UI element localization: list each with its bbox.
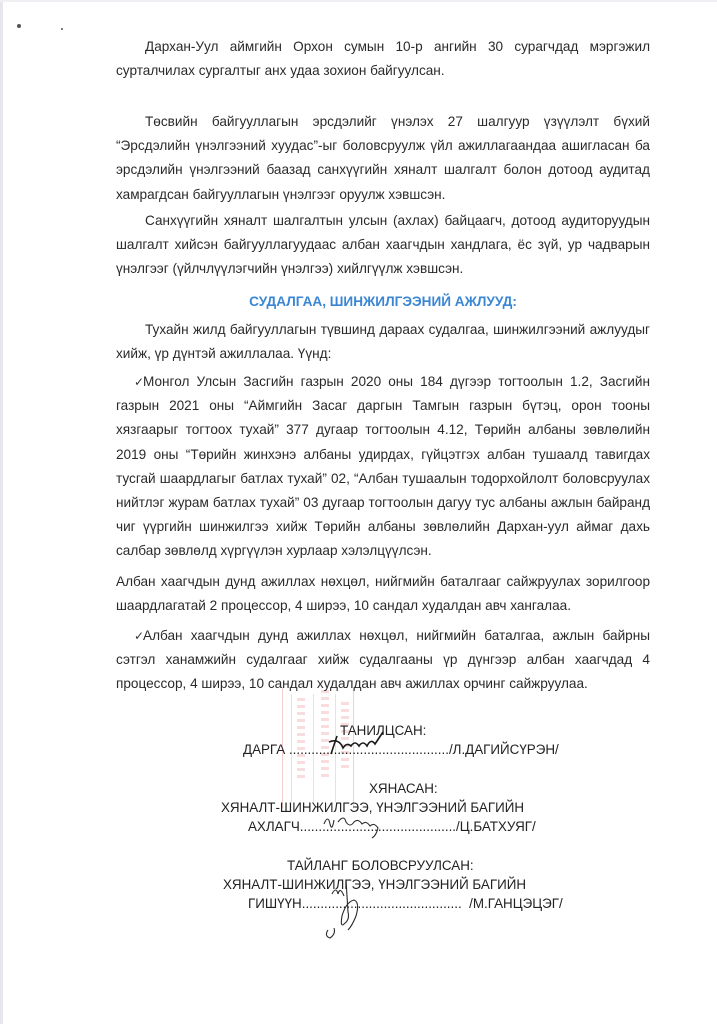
checkmark-icon: ✓ xyxy=(125,624,143,648)
prepared-unit: ХЯНАЛТ-ШИНЖИЛГЭЭ, ҮНЭЛГЭЭНИЙ БАГИЙН xyxy=(223,876,526,894)
reviewed-label: ХЯНАСАН: xyxy=(369,780,438,798)
prepared-line: ГИШҮҮН..................................… xyxy=(248,895,563,913)
signer-role: ДАРГА xyxy=(243,742,285,757)
paragraph: Тухайн жилд байгууллагын түвшинд дараах … xyxy=(116,318,650,366)
scan-edge-top xyxy=(0,0,717,2)
signer-name: /Ц.БАТХУЯГ/ xyxy=(456,819,536,834)
check-item-text: Монгол Улсын Засгийн газрын 2020 оны 184… xyxy=(116,374,650,558)
signature-dots: ........................................… xyxy=(300,819,456,834)
signer-name: /Л.ДАГИЙСҮРЭН/ xyxy=(449,742,559,757)
paragraph: Дархан-Уул аймгийн Орхон сумын 10-р анги… xyxy=(116,35,650,83)
scan-speck xyxy=(17,24,21,28)
paragraph: Санхүүгийн хяналт шалгалтын улсын (ахлах… xyxy=(116,209,650,282)
paragraph: Албан хаагчдын дунд ажиллах нөхцөл, нийг… xyxy=(116,570,650,618)
signature-dots: ........................................… xyxy=(302,896,462,911)
paragraph: Төсвийн байгууллагын эрсдэлийг үнэлэх 27… xyxy=(116,110,650,207)
check-item-text: Албан хаагчдын дунд ажиллах нөхцөл, нийг… xyxy=(116,628,650,691)
checkmark-icon: ✓ xyxy=(125,370,143,394)
signature-dots: ........................................… xyxy=(289,742,449,757)
check-list-item: ✓Албан хаагчдын дунд ажиллах нөхцөл, ний… xyxy=(116,624,650,697)
signer-name: /М.ГАНЦЭЦЭГ/ xyxy=(469,896,563,911)
acknowledged-line: ДАРГА ..................................… xyxy=(243,741,559,759)
reviewed-line: АХЛАГЧ..................................… xyxy=(248,818,536,836)
prepared-label: ТАЙЛАНГ БОЛОВСРУУЛСАН: xyxy=(287,857,474,875)
section-heading: СУДАЛГАА, ШИНЖИЛГЭЭНИЙ АЖЛУУД: xyxy=(116,291,650,313)
check-list-item: ✓Монгол Улсын Засгийн газрын 2020 оны 18… xyxy=(116,370,650,564)
signer-role: АХЛАГЧ xyxy=(248,819,300,834)
scan-edge xyxy=(0,0,3,1024)
scan-speck xyxy=(61,28,63,30)
acknowledged-label: ТАНИЛЦСАН: xyxy=(340,722,426,740)
signer-role: ГИШҮҮН xyxy=(248,896,302,911)
reviewed-unit: ХЯНАЛТ-ШИНЖИЛГЭЭ, ҮНЭЛГЭЭНИЙ БАГИЙН xyxy=(221,799,524,817)
